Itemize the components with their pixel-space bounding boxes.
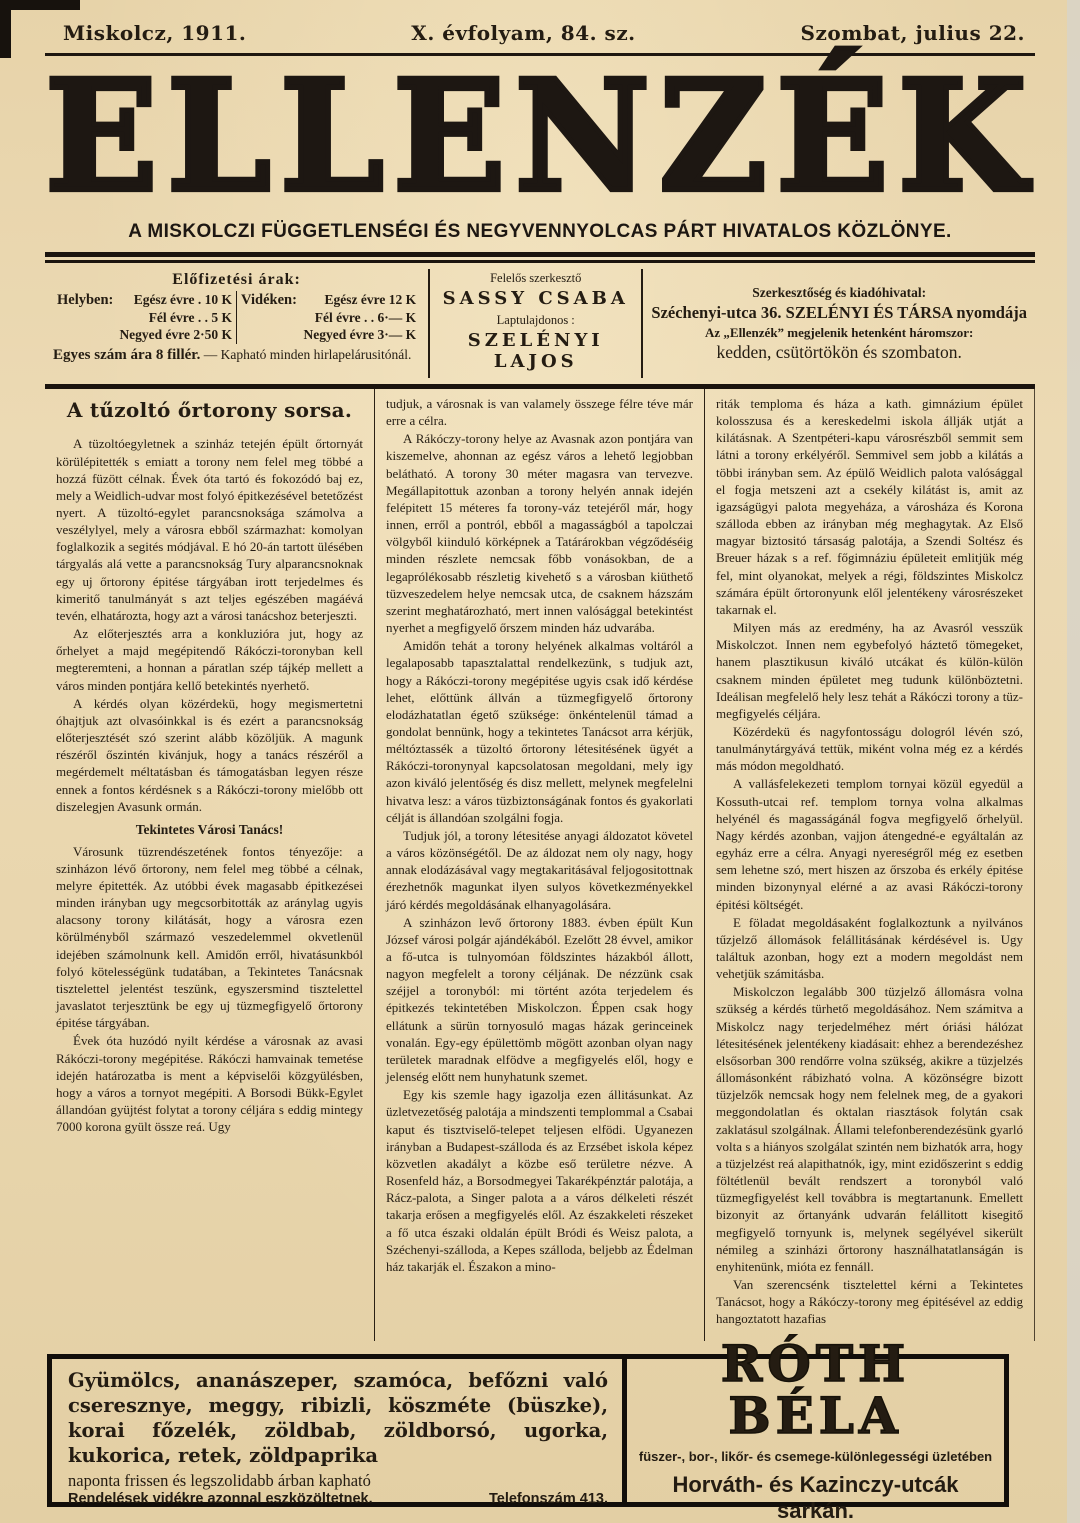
office-address: Széchenyi-utca 36. SZELÉNYI ÉS TÁRSA nyo… <box>651 303 1027 323</box>
newspaper-page: Miskolcz, 1911. X. évfolyam, 84. sz. Szo… <box>0 0 1080 1523</box>
price-lines-local: Egész évre . 10 KFél évre . . 5 KNegyed … <box>113 291 232 344</box>
ad-produce-text: Gyümölcs, ananászeper, szamóca, befőzni … <box>68 1369 608 1469</box>
subscription-box: Előfizetési árak: Helyben: Egész évre . … <box>45 269 428 378</box>
paragraph: Tudjuk jól, a torony létesitése anyagi á… <box>386 827 693 913</box>
paragraph: E föladat megoldásaként foglalkoztunk a … <box>716 914 1023 983</box>
owner-role: Laptulajdonos : <box>438 313 633 328</box>
column-2-paragraphs: tudjuk, a városnak is van valamely össze… <box>386 395 693 1275</box>
paragraph: Városunk tüzrendészetének fontos tényező… <box>56 843 363 1032</box>
header-place-date: Miskolcz, 1911. <box>63 21 246 45</box>
ad-produce-phone: Telefonszám 413. <box>489 1491 608 1507</box>
ads-banner: Gyümölcs, ananászeper, szamóca, befőzni … <box>47 1354 1009 1507</box>
scan-corner-mark <box>0 0 11 58</box>
office-box: Szerkesztőség és kiadóhivatal: Széchenyi… <box>643 269 1035 378</box>
price-label-rural: Vidéken: <box>241 291 297 344</box>
header-volume-issue: X. évfolyam, 84. sz. <box>411 21 635 45</box>
ad-roth-address: Horváth- és Kazinczy-utcák sarkán. <box>633 1472 998 1523</box>
paragraph: A vallásfelekezeti templom tornyai közül… <box>716 775 1023 912</box>
scan-edge <box>1067 0 1080 1523</box>
ad-produce: Gyümölcs, ananászeper, szamóca, befőzni … <box>52 1359 622 1502</box>
paragraph: A szinházon levő őrtorony 1883. évben ép… <box>386 914 693 1086</box>
article-column-2: tudjuk, a városnak is van valamely össze… <box>374 389 704 1341</box>
paragraph: Évek óta huzódó nyilt kérdése a városnak… <box>56 1032 363 1135</box>
ad-roth-description: füszer-, bor-, likőr- és csemege-különle… <box>633 1449 998 1464</box>
paragraph: Fél évre . . 5 K <box>113 309 232 327</box>
paragraph: Az előterjesztés arra a konkluzióra jut,… <box>56 625 363 694</box>
paragraph: Negyed évre 2·50 K <box>113 326 232 344</box>
editor-name: SASSY CSABA <box>438 288 633 309</box>
info-row: Előfizetési árak: Helyben: Egész évre . … <box>45 263 1035 384</box>
article-title: A tűzoltó őrtorony sorsa. <box>56 397 363 423</box>
single-copy-price: Egyes szám ára 8 fillér. <box>53 347 200 363</box>
single-copy-note: — Kapható minden hirlapelárusitónál. <box>200 347 411 362</box>
paragraph: riták temploma és háza a kath. gimnázium… <box>716 395 1023 618</box>
paragraph: Tekintetes Városi Tanács! <box>56 821 363 839</box>
office-schedule-note: Az „Ellenzék” megjelenik hetenként három… <box>651 325 1027 341</box>
paragraph: Miskolczon legalább 300 tüzjelző állomás… <box>716 983 1023 1275</box>
paragraph: Negyed évre 3·— K <box>297 326 416 344</box>
page-content: Miskolcz, 1911. X. évfolyam, 84. sz. Szo… <box>45 0 1035 1507</box>
ad-produce-footer: Rendelések vidékre azonnal eszközöltetne… <box>68 1491 608 1509</box>
paragraph: Egész évre 12 K <box>297 291 416 309</box>
paragraph: Egy kis szemle hagy igazolja ezen állitá… <box>386 1086 693 1275</box>
price-row: Helyben: Egész évre . 10 KFél évre . . 5… <box>53 291 420 344</box>
price-col-local: Helyben: Egész évre . 10 KFél évre . . 5… <box>53 291 237 344</box>
column-3-paragraphs: riták temploma és háza a kath. gimnázium… <box>716 395 1023 1327</box>
paragraph: A kérdés olyan közérdekü, hogy megismert… <box>56 695 363 815</box>
owner-name: SZELÉNYI LAJOS <box>438 330 633 372</box>
header-weekday-date: Szombat, julius 22. <box>801 21 1025 45</box>
paragraph: Amidőn tehát a torony helyének alkalmas … <box>386 637 693 826</box>
price-lines-rural: Egész évre 12 KFél évre . . 6·— KNegyed … <box>297 291 416 344</box>
paragraph: tudjuk, a városnak is van valamely össze… <box>386 395 693 429</box>
paragraph: Közérdekü és nagyfontosságu dologról lév… <box>716 723 1023 774</box>
paragraph: Egész évre . 10 K <box>113 291 232 309</box>
price-col-rural: Vidéken: Egész évre 12 KFél évre . . 6·—… <box>237 291 420 344</box>
ad-produce-orders: Rendelések vidékre azonnal eszközöltetne… <box>68 1491 373 1507</box>
paragraph: A tüzoltóegyletnek a szinház tetején épü… <box>56 435 363 624</box>
paragraph: Milyen más az eredmény, ha az Avasról ve… <box>716 619 1023 722</box>
office-heading: Szerkesztőség és kiadóhivatal: <box>651 285 1027 301</box>
double-rule <box>45 252 1035 263</box>
issue-header: Miskolcz, 1911. X. évfolyam, 84. sz. Szo… <box>45 0 1035 45</box>
paragraph: Van szerencsénk tisztelettel kérni a Tek… <box>716 1276 1023 1327</box>
paragraph: Fél évre . . 6·— K <box>297 309 416 327</box>
editor-role: Felelős szerkesztő <box>438 271 633 286</box>
ad-produce-subtext: naponta frissen és legszolidabb árban ka… <box>68 1471 608 1491</box>
price-label-local: Helyben: <box>57 291 113 344</box>
masthead-title: ELLENZÉK <box>45 60 1035 217</box>
ad-roth-name: RÓTH BÉLA <box>633 1338 998 1443</box>
ad-roth: RÓTH BÉLA füszer-, bor-, likőr- és cseme… <box>627 1359 1004 1502</box>
column-1-paragraphs: A tüzoltóegyletnek a szinház tetején épü… <box>56 435 363 1135</box>
article-column-1: A tűzoltó őrtorony sorsa. A tüzoltóegyle… <box>45 389 374 1341</box>
single-copy-line: Egyes szám ára 8 fillér. — Kapható minde… <box>53 347 420 364</box>
editors-box: Felelős szerkesztő SASSY CSABA Laptulajd… <box>430 269 641 378</box>
rule-bar <box>45 252 1035 257</box>
article-column-3: riták temploma és háza a kath. gimnázium… <box>704 389 1034 1341</box>
subscription-title: Előfizetési árak: <box>53 271 420 289</box>
office-schedule-days: kedden, csütörtökön és szombaton. <box>651 342 1027 363</box>
paragraph: A Rákóczy-torony helye az Avasnak azon p… <box>386 430 693 636</box>
article-columns: A tűzoltó őrtorony sorsa. A tüzoltóegyle… <box>45 389 1035 1341</box>
